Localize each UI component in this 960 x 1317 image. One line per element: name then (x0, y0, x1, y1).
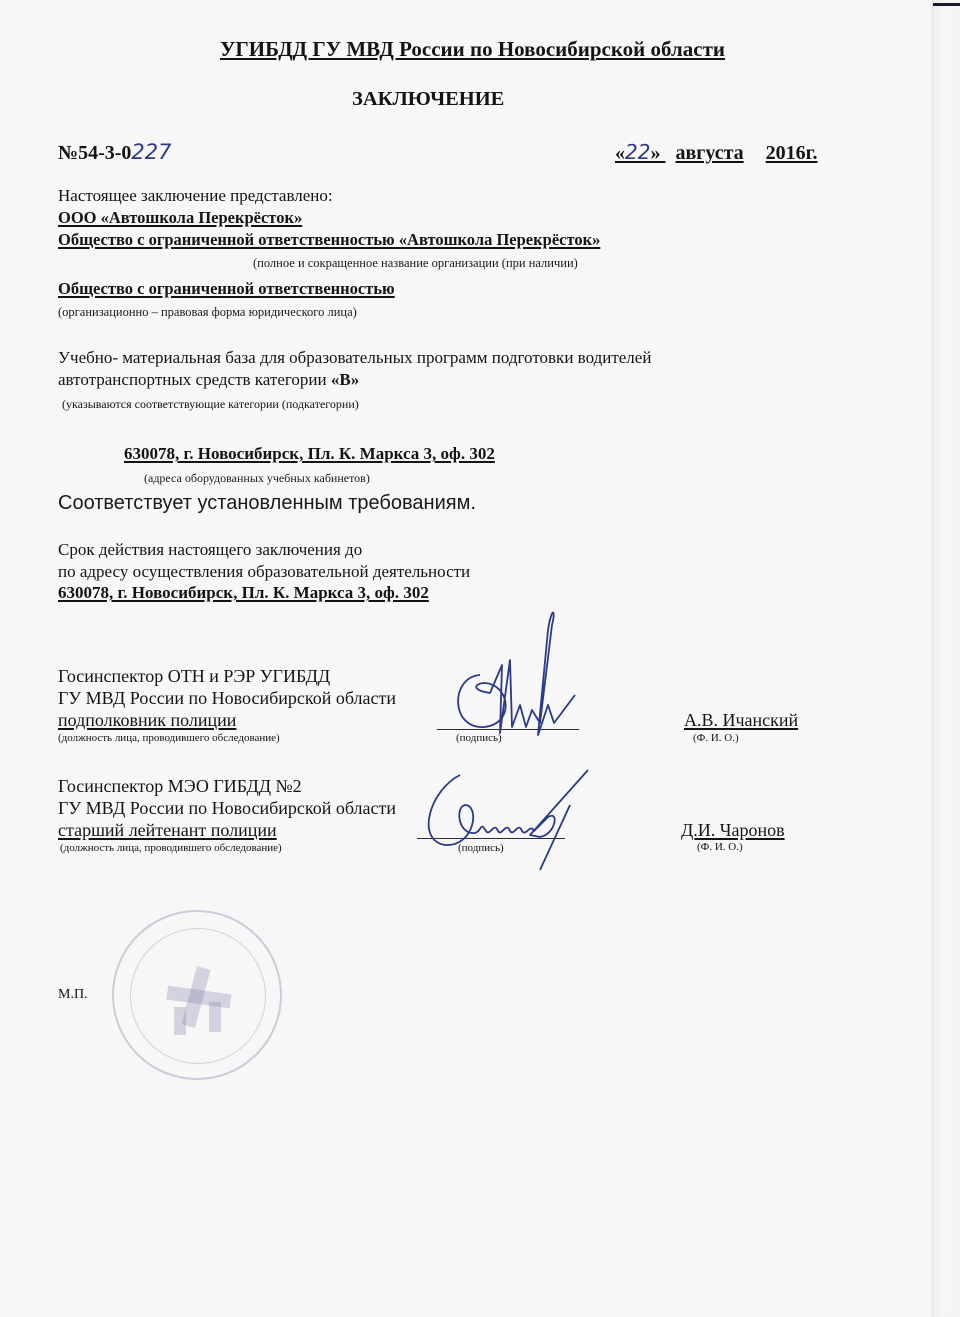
base-description-line1: Учебно- материальная база для образовате… (58, 348, 651, 368)
issuing-authority-header: УГИБДД ГУ МВД России по Новосибирской об… (220, 37, 725, 62)
seal-emblem-icon (159, 952, 239, 1042)
classroom-address-note: (адреса оборудованных учебных кабинетов) (144, 471, 370, 486)
seal-label: М.П. (58, 987, 88, 1003)
date-open-quote: « (615, 142, 625, 164)
date-day-handwritten: 22 (625, 140, 650, 164)
validity-address: 630078, г. Новосибирск, Пл. К. Маркса 3,… (58, 583, 429, 603)
date-month: августа (675, 142, 743, 164)
page-edge (932, 0, 960, 1317)
signatory-2-position-line1: Госинспектор МЭО ГИБДД №2 (58, 776, 302, 797)
base-description-line2: автотранспортных средств категории «В» (58, 370, 359, 390)
signatory-2-position-line2: ГУ МВД России по Новосибирской области (58, 798, 396, 819)
page-edge-shadow (933, 3, 960, 6)
signature-2-icon (420, 765, 600, 875)
signatory-1-position-line1: Госинспектор ОТН и РЭР УГИБДД (58, 666, 330, 687)
base-line2-text: автотранспортных средств категории (58, 370, 331, 389)
number-prefix: №54-3-0 (58, 142, 131, 164)
document-title: ЗАКЛЮЧЕНИЕ (352, 88, 504, 111)
validity-line2: по адресу осуществления образовательной … (58, 562, 470, 582)
signatory-1-rank-note: (должность лица, проводившего обследован… (58, 732, 280, 744)
category-value: «В» (331, 370, 359, 389)
signatory-2-rank-note: (должность лица, проводившего обследован… (60, 842, 282, 854)
legal-form-note: (организационно – правовая форма юридиче… (58, 305, 357, 320)
document-number: №54-3-0227 (58, 140, 172, 165)
signature-1-icon (440, 605, 580, 740)
signatory-2-name: Д.И. Чаронов (681, 820, 785, 841)
category-note: (указываются соответствующие категории (… (62, 397, 359, 412)
presented-intro: Настоящее заключение представлено: (58, 186, 333, 206)
official-seal (112, 910, 282, 1080)
org-name-note: (полное и сокращенное название организац… (253, 256, 578, 271)
signatory-2-rank: старший лейтенант полиции (58, 820, 277, 841)
signatory-1-name-note: (Ф. И. О.) (693, 732, 739, 744)
document-date: «22» августа2016г. (615, 140, 818, 165)
signatory-2-name-note: (Ф. И. О.) (697, 841, 743, 853)
number-handwritten: 227 (131, 140, 171, 164)
signatory-2-signature-note: (подпись) (458, 842, 504, 854)
date-year: 2016г. (766, 142, 818, 164)
signatory-1-signature-note: (подпись) (456, 732, 502, 744)
faded-stamp-mark (488, 1100, 648, 1145)
org-full-name: Общество с ограниченной ответственностью… (58, 230, 600, 250)
signatory-1-name: А.В. Ичанский (684, 710, 798, 731)
signatory-1-position-line2: ГУ МВД России по Новосибирской области (58, 688, 396, 709)
org-legal-form: Общество с ограниченной ответственностью (58, 279, 395, 299)
org-short-name: ООО «Автошкола Перекрёсток» (58, 208, 302, 228)
date-close-quote: » (650, 142, 660, 164)
classroom-address: 630078, г. Новосибирск, Пл. К. Маркса 3,… (124, 444, 495, 464)
validity-line1: Срок действия настоящего заключения до (58, 540, 362, 560)
signatory-1-rank: подполковник полиции (58, 710, 236, 731)
verdict-text: Соответствует установленным требованиям. (58, 492, 476, 515)
